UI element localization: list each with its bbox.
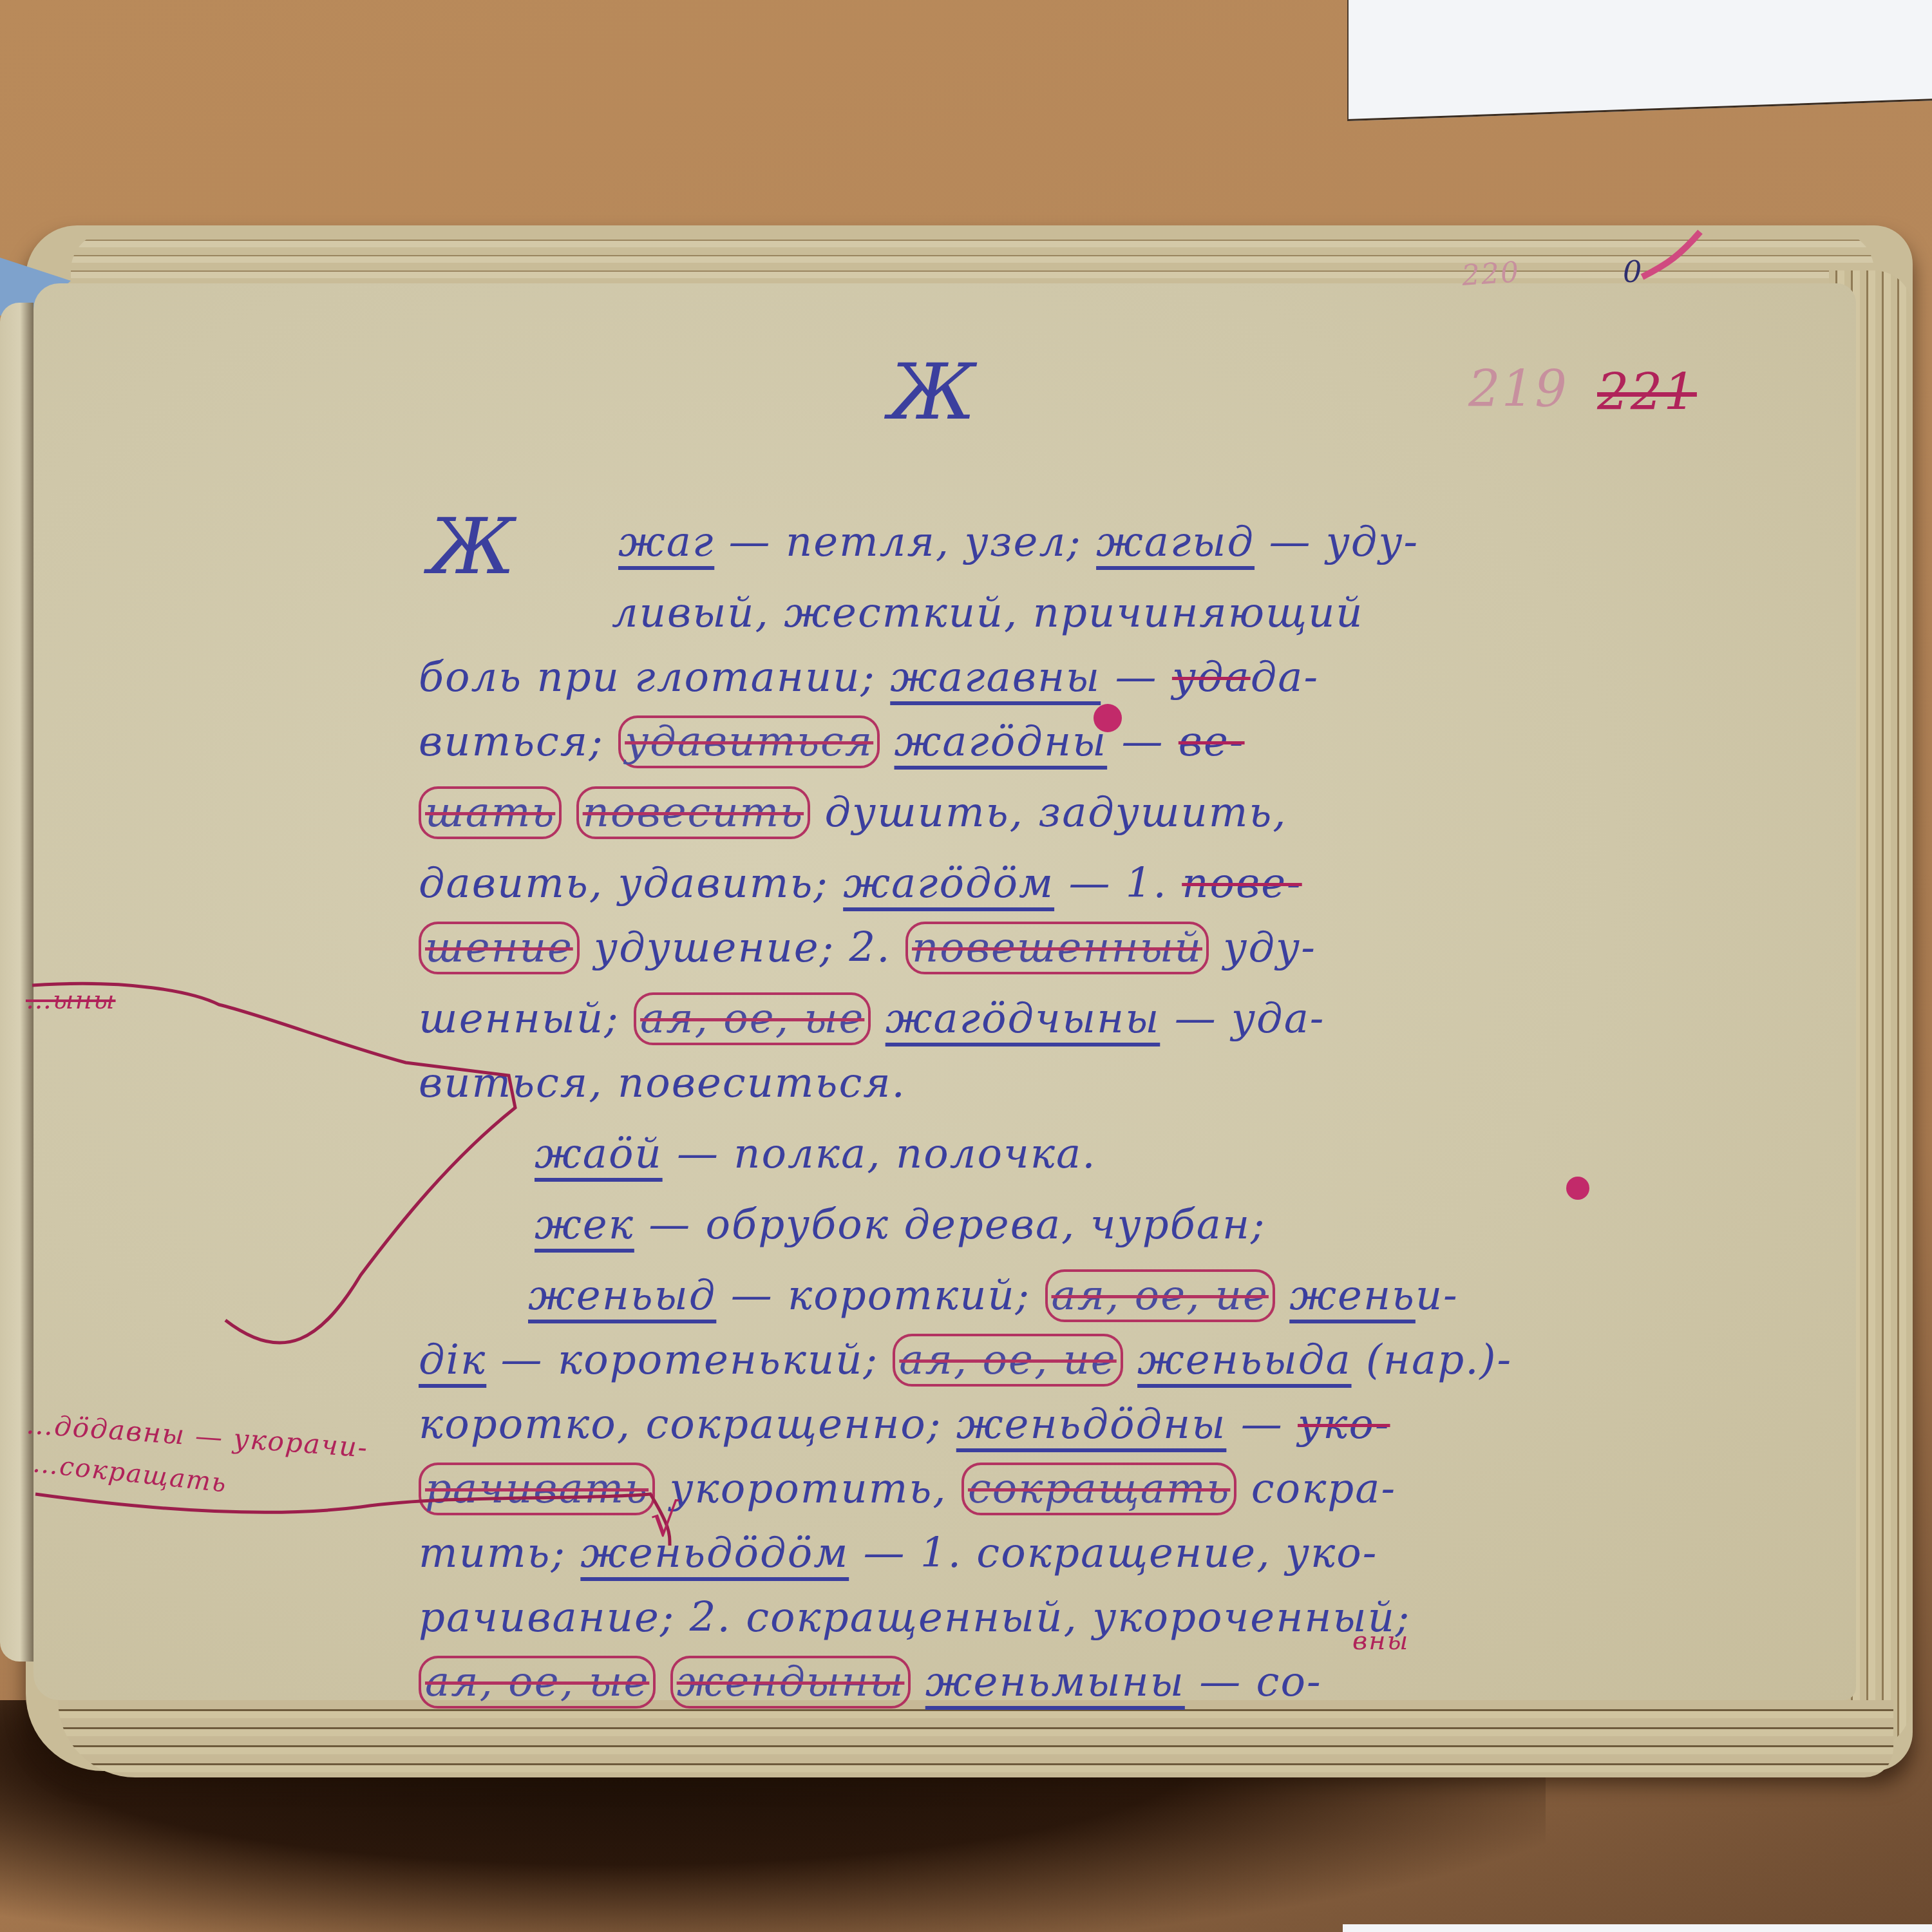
headword: женьыда (1137, 1336, 1351, 1384)
definition-text (1123, 1336, 1137, 1384)
top-edge-zero: 0 (1623, 254, 1643, 289)
definition-text: — коротенький; (486, 1336, 893, 1384)
white-paper-sheet (1347, 0, 1932, 121)
entry-line: давить, удавить; жагӧдӧм — 1. пове- (419, 863, 1302, 904)
page-number: 219 (1468, 361, 1568, 419)
definition-text: (нар.)- (1352, 1336, 1513, 1384)
headword: женьмыны (925, 1658, 1185, 1706)
deleted-text: сокращать (961, 1463, 1236, 1515)
definition-text: — (1107, 718, 1179, 766)
deleted-text: жендыны (670, 1656, 911, 1709)
deleted-text: шать (419, 786, 562, 839)
deleted-text: рачивать (419, 1463, 655, 1515)
headword: жек (535, 1201, 634, 1249)
definition-text (911, 1658, 925, 1706)
definition-text (656, 1658, 670, 1706)
headword: жагӧдӧм (843, 860, 1054, 907)
definition-text: рачивание; 2. сокращенный, укороченный; (419, 1594, 1410, 1642)
definition-text: — (1226, 1401, 1298, 1448)
headword: женьдӧдӧм (580, 1529, 849, 1577)
definition-text (880, 718, 894, 766)
entry-line: дік — коротенький; ая, ое, ие женьыда (н… (419, 1340, 1512, 1381)
deleted-text: удавиться (618, 715, 880, 768)
definition-text: — уда- (1160, 995, 1325, 1043)
entry-line: жек — обрубок дерева, чурбан; (535, 1204, 1266, 1245)
left-page-edge (0, 303, 33, 1662)
definition-text: коротко, сокращенно; (419, 1401, 956, 1448)
definition-text: ливый, жесткий, причиняющий (612, 589, 1364, 637)
headword: жагыд (1096, 518, 1255, 566)
definition-text: — короткий; (716, 1272, 1045, 1320)
definition-text: шенный; (419, 995, 634, 1043)
headword: жагавны (890, 654, 1101, 701)
headword: женьдӧдны (956, 1401, 1227, 1448)
deleted-text: уда (1172, 654, 1251, 701)
deleted-text: ая, ое, ые (419, 1656, 656, 1709)
page-number-struck: 221 (1597, 364, 1697, 422)
deleted-text: ве- (1179, 718, 1245, 766)
definition-text: удушение; 2. (580, 924, 905, 972)
entry-line: тить; женьдӧдӧм — 1. сокращение, уко- (419, 1533, 1378, 1574)
headword: женьыд (528, 1272, 716, 1320)
headword: жаӧй (535, 1130, 663, 1178)
deleted-text: уко- (1298, 1401, 1390, 1448)
definition-text: уду- (1209, 924, 1316, 972)
deleted-text: шение (419, 922, 580, 974)
definition-text: — 1. сокращение, уко- (849, 1529, 1378, 1577)
definition-text: давить, удавить; (419, 860, 843, 907)
entry-line: рачивать укоротить, сокращать сокра- (419, 1468, 1396, 1510)
headword: дік (419, 1336, 486, 1384)
definition-text: — со- (1185, 1658, 1322, 1706)
deleted-text: ая, ое, ые (634, 992, 871, 1045)
entry-line: виться, повеситься. (419, 1063, 906, 1104)
definition-text: — петля, узел; (714, 518, 1096, 566)
interlinear-insert: вны (1352, 1626, 1409, 1656)
entry-line: боль при глотании; жагавны — удада- (419, 657, 1319, 698)
entry-line: жаг — петля, узел; жагыд — уду- (618, 522, 1419, 563)
headword: жаг (618, 518, 714, 566)
entry-line: рачивание; 2. сокращенный, укороченный; (419, 1597, 1410, 1638)
deleted-text: повешенный (905, 922, 1209, 974)
entry-line: виться; удавиться жагӧдны — ве- (419, 721, 1245, 762)
definition-text: душить, задушить, (810, 789, 1287, 837)
headword: жагӧдчыны (885, 995, 1160, 1043)
definition-text (871, 995, 885, 1043)
deleted-text: пове- (1182, 860, 1302, 907)
margin-note-top: …ыны (26, 985, 116, 1015)
definition-text (1275, 1272, 1289, 1320)
entry-line: женьыд — короткий; ая, ое, ие женьи- (528, 1275, 1459, 1316)
definition-text: — полка, полочка. (663, 1130, 1097, 1178)
margin-section-letter: Ж (428, 502, 516, 592)
section-header-letter: Ж (889, 348, 977, 437)
deleted-text: повесить (576, 786, 810, 839)
page-stack-bottom-edge (58, 1700, 1893, 1777)
deleted-text: ая, ое, ие (893, 1334, 1122, 1387)
page-stack-top-edge (71, 232, 1874, 283)
definition-text: виться, повеситься. (419, 1059, 906, 1107)
definition-text: сокра- (1236, 1465, 1396, 1513)
entry-line: жаӧй — полка, полочка. (535, 1133, 1096, 1175)
entry-line: шение удушение; 2. повешенный уду- (419, 927, 1316, 969)
headword: жень (1289, 1272, 1416, 1320)
definition-text: — уду- (1255, 518, 1419, 566)
definition-text: — (1101, 654, 1172, 701)
definition-text: боль при глотании; (419, 654, 890, 701)
definition-text: виться; (419, 718, 618, 766)
headword: жагӧдны (895, 718, 1108, 766)
entry-line: шать повесить душить, задушить, (419, 792, 1287, 833)
definition-text: да- (1251, 654, 1319, 701)
definition-text: — обрубок дерева, чурбан; (634, 1201, 1266, 1249)
definition-text: тить; (419, 1529, 580, 1577)
entry-line: ливый, жесткий, причиняющий (612, 592, 1364, 634)
deleted-text: ая, ое, ие (1045, 1269, 1275, 1322)
entry-line: шенный; ая, ое, ые жагӧдчыны — уда- (419, 998, 1325, 1039)
top-edge-mark: 220 (1461, 256, 1520, 292)
definition-text (562, 789, 576, 837)
entry-line: коротко, сокращенно; женьдӧдны — уко- (419, 1404, 1390, 1445)
definition-text: укоротить, (655, 1465, 961, 1513)
definition-text: — 1. (1054, 860, 1182, 907)
definition-text: и- (1416, 1272, 1459, 1320)
entry-line: ая, ое, ые жендыны женьмыны — со- (419, 1662, 1322, 1703)
